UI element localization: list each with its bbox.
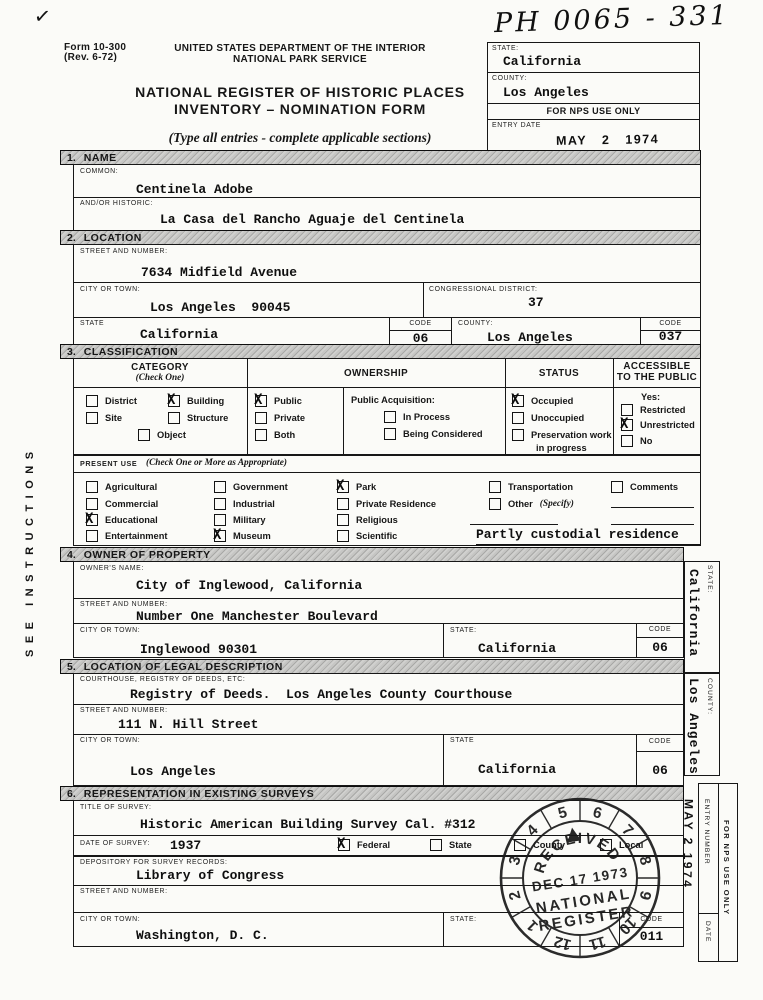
present-use-label: PRESENT USE	[80, 459, 137, 468]
historic-name-label: AND/OR HISTORIC:	[80, 200, 153, 207]
checkbox-unoccupied: Unoccupied	[512, 412, 584, 424]
being-considered-checkbox	[384, 428, 396, 440]
congressional-district-value: 37	[528, 295, 544, 310]
checkbox-commercial: Commercial	[86, 498, 158, 510]
svg-text:7: 7	[618, 822, 636, 840]
see-instructions-note: SEE INSTRUCTIONS	[24, 362, 36, 657]
survey-state-label: STATE:	[450, 916, 477, 923]
checkbox-scientific: Scientific	[337, 530, 397, 542]
npsbox-nps-only: FOR NPS USE ONLY	[487, 106, 700, 116]
survey-city-value: Washington, D. C.	[136, 928, 269, 943]
npsbox-county-label: COUNTY:	[492, 75, 527, 82]
entry-number-stamp: MAY 2 1974	[680, 799, 696, 890]
building-checkbox: X	[168, 395, 180, 407]
other-specify-note: (Specify)	[540, 499, 574, 509]
educational-checkbox: X	[86, 514, 98, 526]
section3-bar: 3. CLASSIFICATION	[60, 344, 701, 359]
military-checkbox	[214, 514, 226, 526]
checkbox-educational: XEducational	[86, 514, 158, 526]
private-residence-checkbox	[337, 498, 349, 510]
transportation-checkbox	[489, 481, 501, 493]
dept-line1: UNITED STATES DEPARTMENT OF THE INTERIOR	[110, 43, 490, 54]
section5-title: LOCATION OF LEGAL DESCRIPTION	[84, 661, 283, 673]
preservation-label-line2: in progress	[536, 443, 587, 453]
checkbox-unrestricted: XUnrestricted	[621, 419, 695, 431]
checkbox-district: District	[86, 395, 137, 407]
checkbox-private-residence: Private Residence	[337, 498, 436, 510]
checkbox-restricted: Restricted	[621, 404, 685, 416]
present-use-other-value: Partly custodial residence	[476, 527, 700, 545]
legal-city-label: CITY OR TOWN:	[80, 737, 140, 744]
owner-city-label: CITY OR TOWN:	[80, 627, 140, 634]
owner-name-value: City of Inglewood, California	[136, 578, 362, 593]
survey-title-label: TITLE OF SURVEY:	[80, 804, 152, 811]
location-county-label: COUNTY:	[458, 320, 493, 327]
access-yes-label: Yes:	[641, 392, 660, 402]
entry-number-label: ENTRY NUMBER	[703, 799, 710, 865]
owner-street-label: STREET AND NUMBER:	[80, 601, 168, 608]
survey-title-value: Historic American Building Survey Cal. #…	[140, 817, 475, 832]
location-county-value: Los Angeles	[487, 330, 573, 345]
park-checkbox: X	[337, 481, 349, 493]
checkbox-transportation: Transportation	[489, 481, 573, 493]
site-checkbox	[86, 412, 98, 424]
section4-number: 4.	[67, 549, 76, 561]
commercial-checkbox	[86, 498, 98, 510]
accessible-header-line1: ACCESSIBLE	[613, 361, 701, 372]
section4-title: OWNER OF PROPERTY	[84, 549, 211, 561]
checkbox-object: Object	[138, 429, 186, 441]
common-name-value: Centinela Adobe	[136, 182, 253, 197]
section3-title: CLASSIFICATION	[84, 346, 178, 358]
svg-text:6: 6	[591, 804, 604, 823]
ownership-header: OWNERSHIP	[247, 368, 505, 379]
government-checkbox	[214, 481, 226, 493]
form-instructions: (Type all entries - complete applicable …	[60, 130, 540, 146]
section3-number: 3.	[67, 346, 76, 358]
section1-number: 1.	[67, 152, 76, 164]
section2-title: LOCATION	[84, 232, 142, 244]
svg-text:8: 8	[635, 854, 654, 867]
svg-text:11: 11	[587, 932, 608, 953]
location-street-label: STREET AND NUMBER:	[80, 248, 168, 255]
checkbox-park: XPark	[337, 481, 376, 493]
form-title-line2: INVENTORY – NOMINATION FORM	[60, 101, 540, 117]
checkbox-comments: Comments	[611, 481, 678, 493]
courthouse-label: COURTHOUSE, REGISTRY OF DEEDS, ETC:	[80, 676, 245, 683]
sidebar-county-label: COUNTY:	[706, 678, 713, 715]
npsbox-state-label: STATE:	[492, 45, 519, 52]
checkbox-religious: Religious	[337, 514, 398, 526]
checkbox-building: XBuilding	[168, 395, 224, 407]
npsbox-entry-date-label: ENTRY DATE	[492, 122, 541, 129]
checkbox-entertainment: Entertainment	[86, 530, 168, 542]
checkbox-government: Government	[214, 481, 288, 493]
accessible-header-line2: TO THE PUBLIC	[613, 372, 701, 383]
npsbox-county-value: Los Angeles	[503, 85, 589, 100]
legal-state-label: STATE	[450, 737, 474, 744]
checkbox-other: Other(Specify)	[489, 498, 574, 510]
congressional-district-label: CONGRESSIONAL DISTRICT:	[429, 286, 538, 293]
historic-name-value: La Casa del Rancho Aguaje del Centinela	[160, 212, 464, 227]
courthouse-value: Registry of Deeds. Los Angeles County Co…	[130, 687, 512, 702]
svg-text:9: 9	[635, 889, 654, 902]
location-street-value: 7634 Midfield Avenue	[141, 265, 297, 280]
handwritten-id: PH 0065 - 331	[494, 0, 731, 39]
restricted-checkbox	[621, 404, 633, 416]
common-name-label: COMMON:	[80, 168, 118, 175]
section4-bar: 4. OWNER OF PROPERTY	[60, 547, 684, 562]
public-checkbox: X	[255, 395, 267, 407]
location-city-value: Los Angeles 90045	[150, 300, 290, 315]
other-checkbox	[489, 498, 501, 510]
svg-text:12: 12	[552, 932, 573, 953]
religious-checkbox	[337, 514, 349, 526]
owner-state-value: California	[478, 641, 556, 656]
state-survey-checkbox	[430, 839, 442, 851]
private-checkbox	[255, 412, 267, 424]
checkbox-public: XPublic	[255, 395, 302, 407]
object-checkbox	[138, 429, 150, 441]
structure-checkbox	[168, 412, 180, 424]
owner-state-label: STATE:	[450, 627, 477, 634]
location-city-label: CITY OR TOWN:	[80, 286, 140, 293]
svg-text:5: 5	[556, 804, 569, 823]
both-checkbox	[255, 429, 267, 441]
public-acquisition-label: Public Acquisition:	[351, 395, 435, 405]
depository-value: Library of Congress	[136, 868, 284, 883]
scientific-checkbox	[337, 530, 349, 542]
legal-city-value: Los Angeles	[130, 764, 216, 779]
legal-code-label: CODE	[636, 738, 684, 745]
preservation-checkbox	[512, 429, 524, 441]
checkbox-both: Both	[255, 429, 295, 441]
agricultural-checkbox	[86, 481, 98, 493]
depository-label: DEPOSITORY FOR SURVEY RECORDS:	[80, 859, 228, 866]
section1-bar: 1. NAME	[60, 150, 701, 165]
checkbox-military: Military	[214, 514, 266, 526]
checkbox-private: Private	[255, 412, 305, 424]
present-use-subnote: (Check One or More as Appropriate)	[146, 458, 287, 468]
npsbox-state-value: California	[503, 54, 581, 69]
checkbox-industrial: Industrial	[214, 498, 275, 510]
county-code-value: 037	[640, 329, 701, 344]
nps-use-only-label: FOR NPS USE ONLY	[722, 820, 731, 915]
form-title-line1: NATIONAL REGISTER OF HISTORIC PLACES	[60, 84, 540, 100]
survey-date-label: DATE OF SURVEY:	[80, 840, 150, 847]
owner-street-value: Number One Manchester Boulevard	[136, 609, 378, 624]
owner-city-value: Inglewood 90301	[140, 642, 257, 657]
location-state-value: California	[140, 327, 218, 342]
county-code-label: CODE	[640, 320, 701, 327]
no-access-checkbox	[621, 435, 633, 447]
legal-code-value: 06	[636, 763, 684, 778]
unrestricted-checkbox: X	[621, 419, 633, 431]
occupied-checkbox: X	[512, 395, 524, 407]
checkbox-preservation: Preservation work	[512, 429, 612, 441]
sidebar-county-value: Los Angeles	[686, 678, 701, 775]
museum-checkbox: X	[214, 530, 226, 542]
district-checkbox	[86, 395, 98, 407]
in-process-checkbox	[384, 411, 396, 423]
owner-code-label: CODE	[636, 626, 684, 633]
received-stamp: 1 2 3 4 5 6 7 8 9 10 11 12 RECEIVED DEC …	[497, 795, 663, 961]
svg-text:3: 3	[506, 854, 525, 867]
checkbox-museum: XMuseum	[214, 530, 271, 542]
owner-name-label: OWNER'S NAME:	[80, 565, 144, 572]
section6-number: 6.	[67, 788, 76, 800]
handwritten-checkmark: ✓	[33, 3, 52, 29]
scanned-form-page: ✓ PH 0065 - 331 Form 10-300 (Rev. 6-72) …	[0, 0, 763, 1000]
section1-title: NAME	[84, 152, 117, 164]
checkbox-occupied: XOccupied	[512, 395, 573, 407]
location-state-label: STATE	[80, 320, 104, 327]
state-code-label: CODE	[389, 320, 452, 327]
federal-checkbox: X	[338, 839, 350, 851]
svg-text:2: 2	[506, 889, 525, 902]
survey-street-label: STREET AND NUMBER:	[80, 888, 168, 895]
checkbox-structure: Structure	[168, 412, 228, 424]
nps-date-label: DATE	[704, 921, 711, 943]
checkbox-no-access: No	[621, 435, 652, 447]
checkbox-federal: XFederal	[338, 839, 390, 851]
entry-date-stamp: MAY 2 1974	[556, 132, 659, 148]
section2-bar: 2. LOCATION	[60, 230, 701, 245]
unoccupied-checkbox	[512, 412, 524, 424]
legal-state-value: California	[478, 762, 556, 777]
section5-bar: 5. LOCATION OF LEGAL DESCRIPTION	[60, 659, 684, 674]
checkbox-agricultural: Agricultural	[86, 481, 157, 493]
checkbox-site: Site	[86, 412, 122, 424]
legal-street-value: 111 N. Hill Street	[118, 717, 258, 732]
section2-number: 2.	[67, 232, 76, 244]
owner-code-value: 06	[636, 640, 684, 655]
entertainment-checkbox	[86, 530, 98, 542]
dept-line2: NATIONAL PARK SERVICE	[110, 54, 490, 65]
category-subheader: (Check One)	[73, 373, 247, 383]
checkbox-in-process: In Process	[384, 411, 450, 423]
survey-date-value: 1937	[170, 838, 201, 853]
checkbox-being-considered: Being Considered	[384, 428, 483, 440]
sidebar-state-value: California	[686, 569, 701, 657]
checkbox-state-survey: State	[430, 839, 472, 851]
category-header: CATEGORY	[73, 362, 247, 373]
industrial-checkbox	[214, 498, 226, 510]
location-state-field	[73, 317, 390, 345]
status-header: STATUS	[505, 368, 613, 379]
sidebar-state-label: STATE:	[706, 565, 713, 594]
legal-street-label: STREET AND NUMBER:	[80, 707, 168, 714]
comments-checkbox	[611, 481, 623, 493]
section5-number: 5.	[67, 661, 76, 673]
section6-title: REPRESENTATION IN EXISTING SURVEYS	[84, 788, 315, 800]
survey-city-label: CITY OR TOWN:	[80, 916, 140, 923]
